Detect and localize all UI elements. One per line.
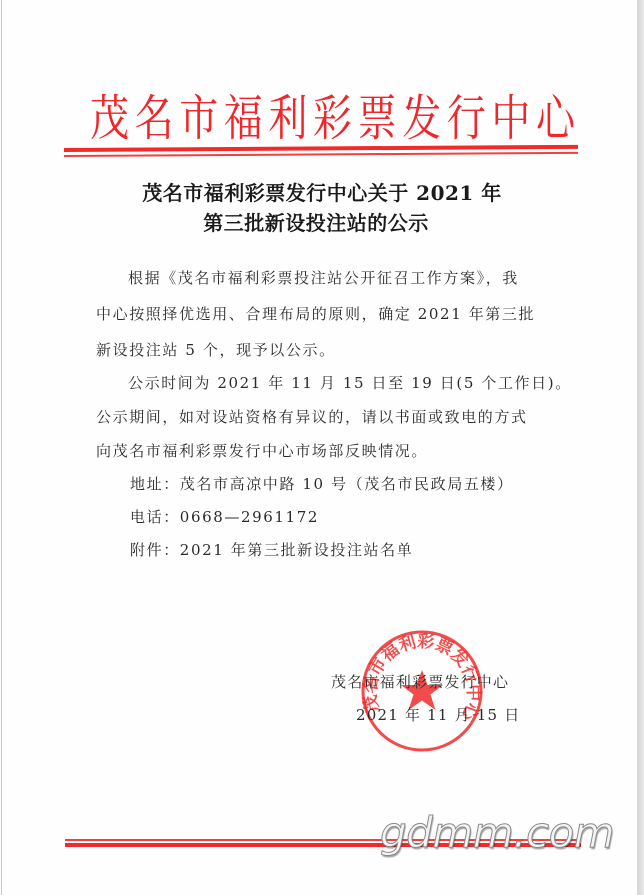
masthead-rule-thin bbox=[64, 152, 578, 157]
notice-title-line-1: 茂名市福利彩票发行中心关于 2021 年 bbox=[0, 177, 644, 206]
masthead-title: 茂名市福利彩票发行中心 bbox=[90, 80, 560, 150]
page-edge-shadow bbox=[637, 0, 644, 895]
paragraph-1-line-3: 新设投注站 5 个，现予以公示。 bbox=[96, 339, 576, 360]
paragraph-2-line-1: 公示时间为 2021 年 11 月 15 日至 19 日(5 个工作日)。 bbox=[128, 372, 608, 393]
address-line: 地址：茂名市高凉中路 10 号（茂名市民政局五楼） bbox=[130, 473, 610, 494]
paragraph-2-line-2: 公示期间，如对设站资格有异议的，请以书面或致电的方式 bbox=[96, 406, 576, 427]
notice-title-line-2: 第三批新设投注站的公示 bbox=[0, 207, 638, 236]
site-watermark: gdmm.com bbox=[380, 808, 614, 857]
phone-line: 电话：0668—2961172 bbox=[130, 506, 610, 527]
signature-date: 2021 年 11 月 15 日 bbox=[356, 704, 520, 725]
paragraph-2-line-3: 向茂名市福利彩票发行中心市场部反映情况。 bbox=[96, 440, 576, 461]
attachment-line: 附件：2021 年第三批新设投注站名单 bbox=[130, 539, 610, 560]
paragraph-1-line-1: 根据《茂名市福利彩票投注站公开征召工作方案》，我 bbox=[128, 267, 608, 288]
signature-organization: 茂名市福利彩票发行中心 bbox=[331, 671, 509, 692]
document-page: 茂名市福利彩票发行中心 茂名市福利彩票发行中心关于 2021 年 第三批新设投注… bbox=[1, 0, 639, 895]
paragraph-1-line-2: 中心按照择优选用、合理布局的原则，确定 2021 年第三批 bbox=[96, 303, 576, 324]
